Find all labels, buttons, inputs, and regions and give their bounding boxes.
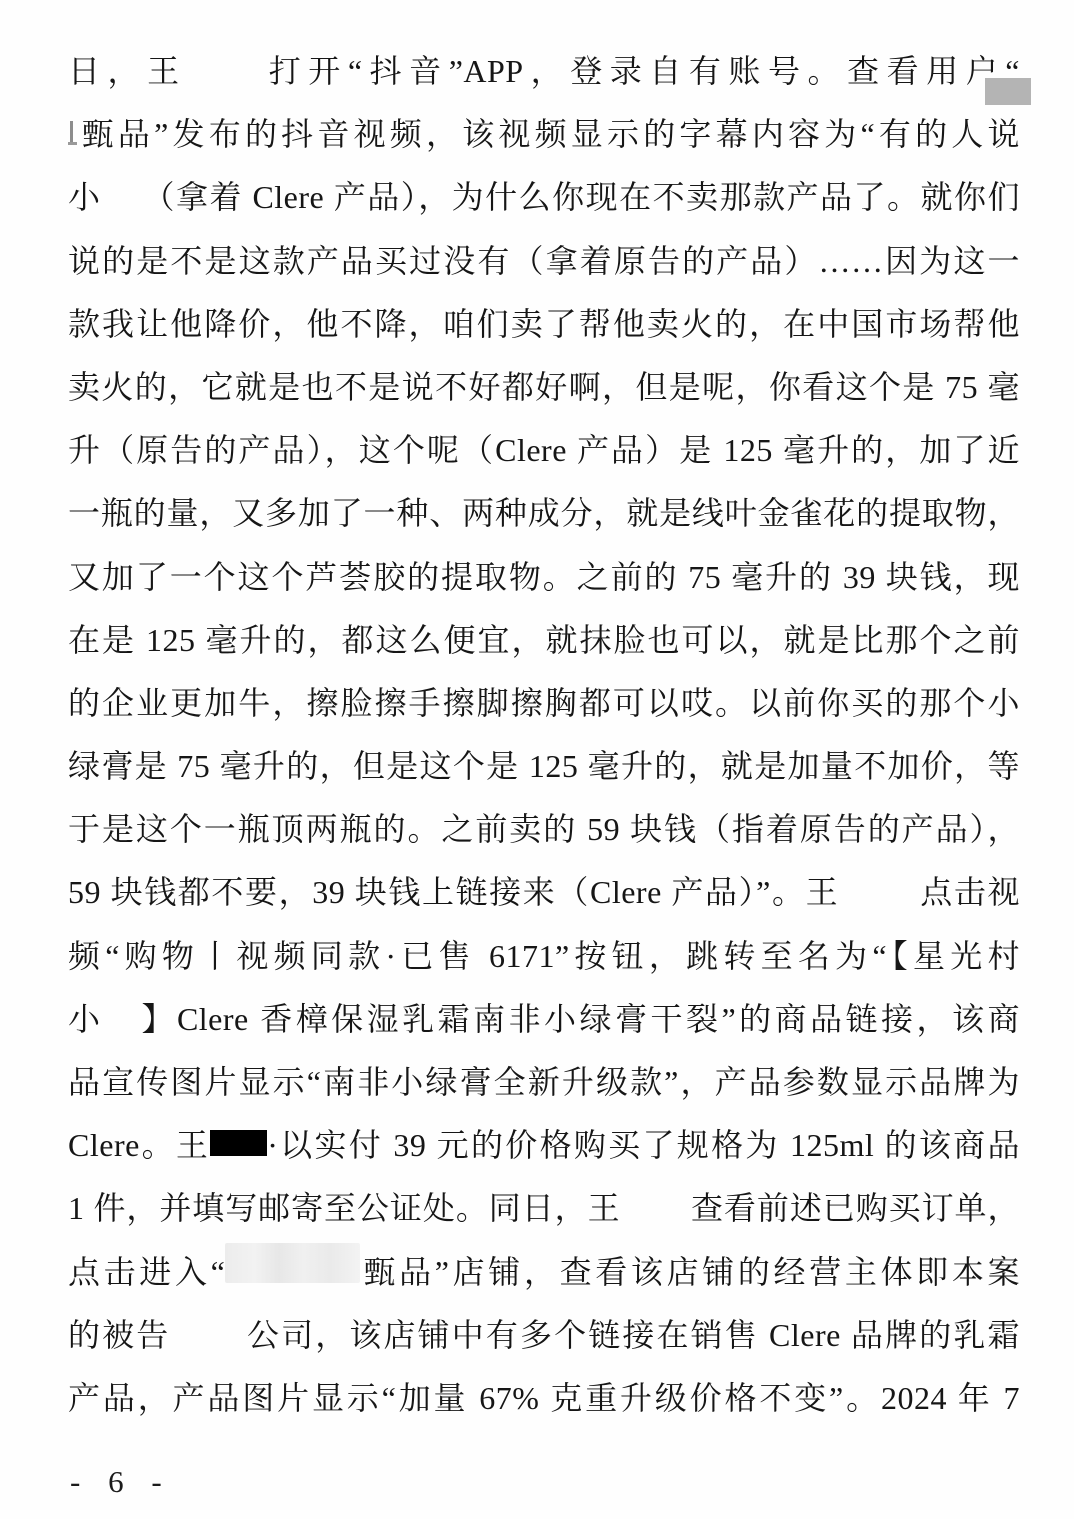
text-run: 1 件，并填写邮寄至公证处。同日，王: [68, 1190, 621, 1226]
document-body: 日，王打开“抖音”APP，登录自有账号。查看用户“甄品”发布的抖音视频，该视频显…: [68, 0, 1020, 1430]
text-run: 打开“抖音”APP，登录自有账号。查看用户“: [262, 53, 1020, 89]
document-line: 小（拿着 Clere 产品），为什么你现在不卖那款产品了。就你们: [68, 166, 1020, 229]
document-line: 日，王打开“抖音”APP，登录自有账号。查看用户“: [68, 40, 1020, 103]
text-run: 日，王: [68, 53, 187, 89]
text-run: 点击进入“: [68, 1254, 225, 1290]
document-line: 一瓶的量，又多加了一种、两种成分，就是线叶金雀花的提取物，: [68, 482, 1020, 545]
text-run: 】Clere 香樟保湿乳霜南非小绿膏干裂”的商品链接，该商: [138, 1001, 1020, 1037]
text-run: 小: [68, 179, 102, 215]
redaction-blur-patch: [225, 1243, 360, 1283]
text-run: ·以实付 39 元的价格购买了规格为 125ml 的该商品: [267, 1127, 1020, 1163]
document-line: 点击进入“甄品”店铺，查看该店铺的经营主体即本案: [68, 1241, 1020, 1304]
document-line: 升（原告的产品），这个呢（Clere 产品）是 125 毫升的，加了近: [68, 419, 1020, 482]
text-run: 一瓶的量，又多加了一种、两种成分，就是线叶金雀花的提取物，: [68, 495, 1020, 531]
redaction-black-box: [210, 1130, 267, 1156]
text-run: 款我让他降价，他不降，咱们卖了帮他卖火的，在中国市场帮他: [68, 306, 1020, 342]
text-run: 卖火的，它就是也不是说不好都好啊，但是呢，你看这个是 75 毫: [68, 369, 1020, 405]
document-line: 频“购物丨视频同款·已售 6171”按钮，跳转至名为“【星光村: [68, 925, 1020, 988]
text-run: 甄品”发布的抖音视频，该视频显示的字幕内容为“有的人说: [78, 116, 1020, 152]
text-run: 品宣传图片显示“南非小绿膏全新升级款”，产品参数显示品牌为: [68, 1064, 1020, 1100]
document-line: 产品，产品图片显示“加量 67% 克重升级价格不变”。2024 年 7: [68, 1367, 1020, 1430]
redaction-gap: [170, 1342, 245, 1346]
text-run: 公司，该店铺中有多个链接在销售 Clere 品牌的乳霜: [245, 1317, 1020, 1353]
text-run: Clere。王: [68, 1127, 210, 1163]
document-line: 小】Clere 香樟保湿乳霜南非小绿膏干裂”的商品链接，该商: [68, 988, 1020, 1051]
document-page: 日，王打开“抖音”APP，登录自有账号。查看用户“甄品”发布的抖音视频，该视频显…: [0, 0, 1074, 1519]
text-run: 升（原告的产品），这个呢（Clere 产品）是 125 毫升的，加了近: [68, 432, 1020, 468]
text-run: 甄品”店铺，查看该店铺的经营主体即本案: [360, 1254, 1020, 1290]
document-line: Clere。王·以实付 39 元的价格购买了规格为 125ml 的该商品: [68, 1114, 1020, 1177]
text-run: 59 块钱都不要，39 块钱上链接来（Clere 产品）”。王: [68, 874, 839, 910]
redaction-gap: [102, 204, 142, 208]
redaction-gap: [187, 78, 262, 82]
document-line: 的企业更加牛，擦脸擦手擦脚擦胸都可以哎。以前你买的那个小: [68, 672, 1020, 735]
document-line: 1 件，并填写邮寄至公证处。同日，王查看前述已购买订单，: [68, 1177, 1020, 1240]
text-run: （拿着 Clere 产品），为什么你现在不卖那款产品了。就你们: [142, 179, 1020, 215]
text-run: 产品，产品图片显示“加量 67% 克重升级价格不变”。2024 年 7: [68, 1380, 1020, 1416]
document-line: 又加了一个这个芦荟胶的提取物。之前的 75 毫升的 39 块钱，现: [68, 546, 1020, 609]
redaction-gap: [839, 899, 919, 903]
page-number: - 6 -: [70, 1464, 164, 1500]
redaction-gap: [103, 1026, 138, 1030]
text-run: 小: [68, 1001, 103, 1037]
document-line: 卖火的，它就是也不是说不好都好啊，但是呢，你看这个是 75 毫: [68, 356, 1020, 419]
redaction-gap: [621, 1215, 691, 1219]
cut-character-fragment: [68, 121, 78, 145]
text-run: 说的是不是这款产品买过没有（拿着原告的产品）……因为这一: [68, 243, 1020, 279]
text-run: 绿膏是 75 毫升的，但是这个是 125 毫升的，就是加量不加价，等: [68, 748, 1020, 784]
text-run: 点击视: [919, 874, 1020, 910]
document-line: 说的是不是这款产品买过没有（拿着原告的产品）……因为这一: [68, 230, 1020, 293]
text-run: 于是这个一瓶顶两瓶的。之前卖的 59 块钱（指着原告的产品），: [68, 811, 1020, 847]
document-line: 在是 125 毫升的，都这么便宜，就抹脸也可以，就是比那个之前: [68, 609, 1020, 672]
document-line: 款我让他降价，他不降，咱们卖了帮他卖火的，在中国市场帮他: [68, 293, 1020, 356]
text-run: 在是 125 毫升的，都这么便宜，就抹脸也可以，就是比那个之前: [68, 622, 1020, 658]
text-run: 的企业更加牛，擦脸擦手擦脚擦胸都可以哎。以前你买的那个小: [68, 685, 1020, 721]
document-line: 甄品”发布的抖音视频，该视频显示的字幕内容为“有的人说: [68, 103, 1020, 166]
document-line: 于是这个一瓶顶两瓶的。之前卖的 59 块钱（指着原告的产品），: [68, 798, 1020, 861]
document-line: 绿膏是 75 毫升的，但是这个是 125 毫升的，就是加量不加价，等: [68, 735, 1020, 798]
document-line: 的被告公司，该店铺中有多个链接在销售 Clere 品牌的乳霜: [68, 1304, 1020, 1367]
document-line: 品宣传图片显示“南非小绿膏全新升级款”，产品参数显示品牌为: [68, 1051, 1020, 1114]
text-run: 的被告: [68, 1317, 170, 1353]
text-run: 查看前述已购买订单，: [691, 1190, 1020, 1226]
text-run: 频“购物丨视频同款·已售 6171”按钮，跳转至名为“【星光村: [68, 938, 1020, 974]
text-run: 又加了一个这个芦荟胶的提取物。之前的 75 毫升的 39 块钱，现: [68, 559, 1020, 595]
document-line: 59 块钱都不要，39 块钱上链接来（Clere 产品）”。王点击视: [68, 861, 1020, 924]
